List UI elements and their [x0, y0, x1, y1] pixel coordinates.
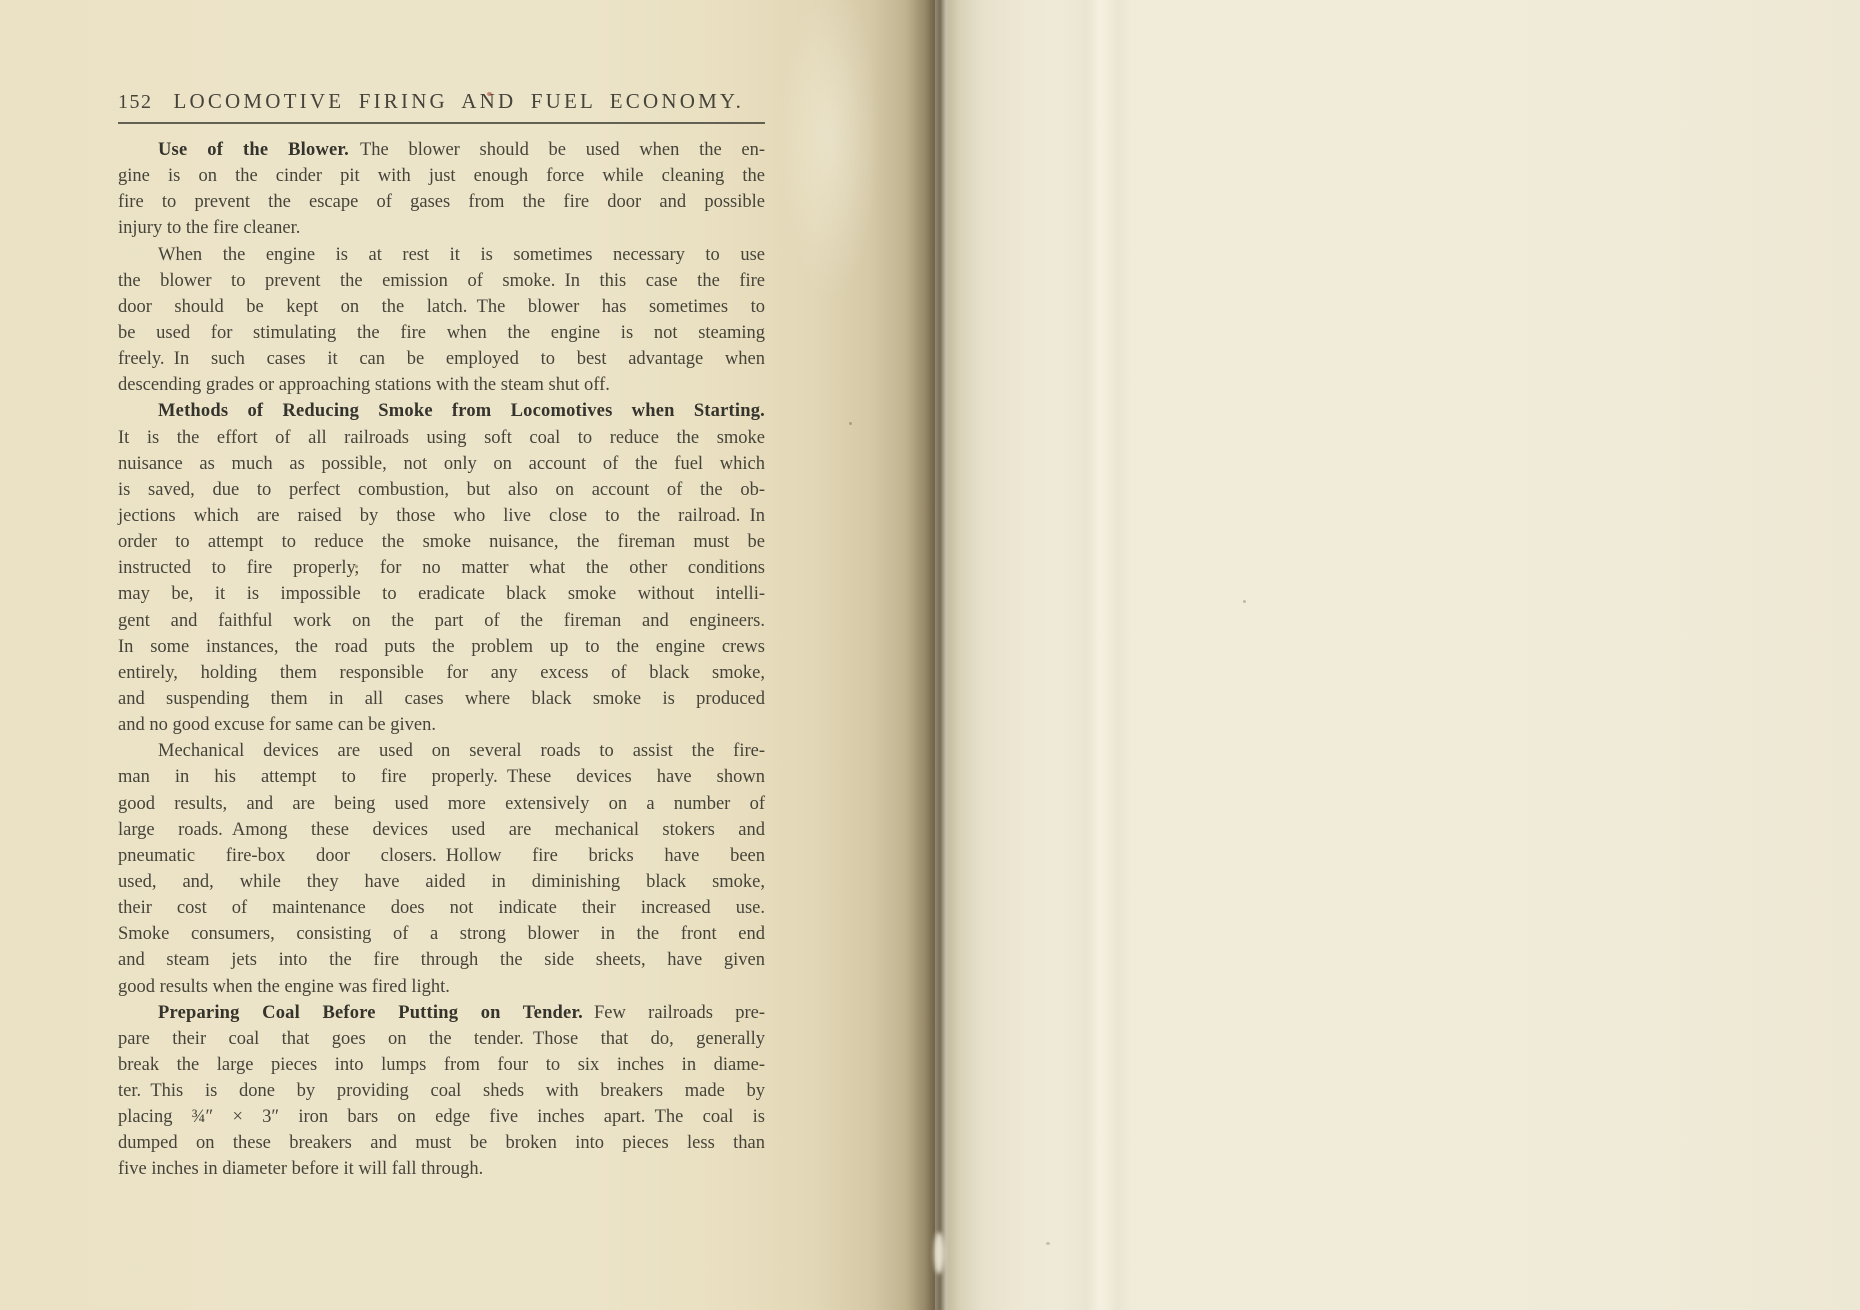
- paragraph-lead: Preparing Coal Before Putting on Tender.: [158, 1003, 583, 1023]
- paper-speck: [487, 92, 492, 96]
- text-line: Preparing Coal Before Putting on Tender.…: [118, 1000, 765, 1026]
- text-line: descending grades or approaching station…: [118, 372, 765, 398]
- text-line: fire to prevent the escape of gases from…: [118, 189, 765, 215]
- text-line: and steam jets into the fire through the…: [118, 947, 765, 973]
- text-line: Methods of Reducing Smoke from Locomotiv…: [118, 398, 765, 424]
- page-curl-highlight: [770, 0, 890, 460]
- paper-speck: [1243, 600, 1246, 603]
- page-body: Use of the Blower.The blower should be u…: [118, 137, 765, 1183]
- text-line: five inches in diameter before it will f…: [118, 1156, 765, 1182]
- paragraph: Preparing Coal Before Putting on Tender.…: [118, 1000, 765, 1183]
- text-line: In some instances, the road puts the pro…: [118, 634, 765, 660]
- text-line: instructed to fire properly, for no matt…: [118, 555, 765, 581]
- right-page-crease: [1062, 0, 1132, 1310]
- printed-page-content: 152 LOCOMOTIVE FIRING AND FUEL ECONOMY. …: [118, 88, 765, 1183]
- paragraph: Use of the Blower.The blower should be u…: [118, 137, 765, 242]
- paper-speck: [355, 565, 358, 568]
- text-line: and no good excuse for same can be given…: [118, 712, 765, 738]
- text-line: is saved, due to perfect combustion, but…: [118, 477, 765, 503]
- text-line: Use of the Blower.The blower should be u…: [118, 137, 765, 163]
- text-line: gine is on the cinder pit with just enou…: [118, 163, 765, 189]
- text-line: good results, and are being used more ex…: [118, 791, 765, 817]
- text-line: placing ¾″ × 3″ iron bars on edge five i…: [118, 1104, 765, 1130]
- text-line: dumped on these breakers and must be bro…: [118, 1130, 765, 1156]
- paragraph: When the engine is at rest it is sometim…: [118, 242, 765, 399]
- text-line: their cost of maintenance does not indic…: [118, 895, 765, 921]
- page-header: 152 LOCOMOTIVE FIRING AND FUEL ECONOMY.: [118, 88, 765, 115]
- gutter-paper-tear: [934, 1232, 944, 1274]
- text-line: break the large pieces into lumps from f…: [118, 1052, 765, 1078]
- paragraph-lead: Methods of Reducing Smoke from Locomotiv…: [158, 401, 765, 421]
- text-line: pneumatic fire-box door closers. Hollow …: [118, 843, 765, 869]
- text-line: injury to the fire cleaner.: [118, 215, 765, 241]
- text-line: good results when the engine was fired l…: [118, 974, 765, 1000]
- paragraph-lead: Use of the Blower.: [158, 140, 349, 160]
- running-title: LOCOMOTIVE FIRING AND FUEL ECONOMY.: [153, 88, 766, 114]
- paper-speck: [1046, 1242, 1050, 1245]
- book-scan: 152 LOCOMOTIVE FIRING AND FUEL ECONOMY. …: [0, 0, 1860, 1310]
- text-line: large roads. Among these devices used ar…: [118, 817, 765, 843]
- page-number: 152: [118, 89, 153, 115]
- text-line: freely. In such cases it can be employed…: [118, 346, 765, 372]
- text-line: nuisance as much as possible, not only o…: [118, 451, 765, 477]
- text-line: pare their coal that goes on the tender.…: [118, 1026, 765, 1052]
- paragraph: Mechanical devices are used on several r…: [118, 738, 765, 999]
- text-line: Mechanical devices are used on several r…: [118, 738, 765, 764]
- header-rule: [118, 122, 765, 124]
- text-line: used, and, while they have aided in dimi…: [118, 869, 765, 895]
- text-line: When the engine is at rest it is sometim…: [118, 242, 765, 268]
- paragraph: Methods of Reducing Smoke from Locomotiv…: [118, 398, 765, 738]
- text-line: the blower to prevent the emission of sm…: [118, 268, 765, 294]
- text-line: man in his attempt to fire properly. The…: [118, 764, 765, 790]
- text-line: and suspending them in all cases where b…: [118, 686, 765, 712]
- text-line: Smoke consumers, consisting of a strong …: [118, 921, 765, 947]
- text-line: be used for stimulating the fire when th…: [118, 320, 765, 346]
- text-line: gent and faithful work on the part of th…: [118, 608, 765, 634]
- text-line: It is the effort of all railroads using …: [118, 425, 765, 451]
- text-line: jections which are raised by those who l…: [118, 503, 765, 529]
- text-line: order to attempt to reduce the smoke nui…: [118, 529, 765, 555]
- text-line: entirely, holding them responsible for a…: [118, 660, 765, 686]
- text-line: may be, it is impossible to eradicate bl…: [118, 581, 765, 607]
- text-line: ter. This is done by providing coal shed…: [118, 1078, 765, 1104]
- paper-speck: [849, 422, 852, 425]
- text-line: door should be kept on the latch. The bl…: [118, 294, 765, 320]
